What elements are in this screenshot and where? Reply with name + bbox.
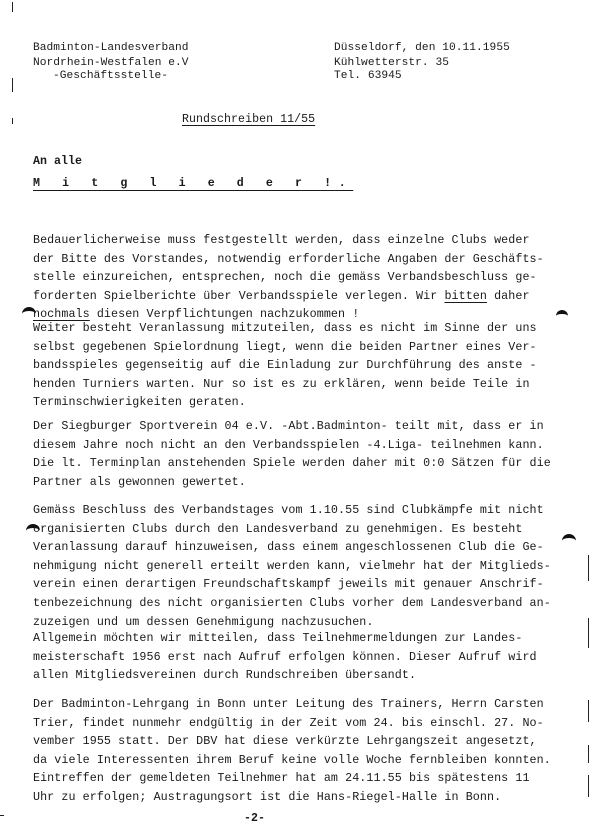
body-text-line: Uhr zu erfolgen; Austragungsort ist die … bbox=[33, 790, 501, 804]
margin-mark bbox=[588, 700, 589, 722]
body-text-line: Weiter besteht Veranlassung mitzuteilen,… bbox=[33, 321, 537, 335]
body-text-line: zuzeigen und um dessen Genehmigung nachz… bbox=[33, 615, 374, 629]
margin-mark bbox=[0, 815, 4, 816]
body-text-line: der Bitte des Vorstandes, notwendig erfo… bbox=[33, 252, 544, 266]
typewritten-letter-page: Badminton-Landesverband Nordrhein-Westfa… bbox=[0, 0, 593, 840]
sender-region: Nordrhein-Westfalen e.V bbox=[33, 57, 189, 70]
street-address: Kühlwetterstr. 35 bbox=[334, 57, 449, 70]
page-number: -2- bbox=[244, 812, 265, 825]
sender-office: -Geschäftsstelle- bbox=[53, 70, 168, 83]
salutation-line-1: An alle bbox=[33, 155, 82, 168]
punch-hole-mark bbox=[26, 524, 40, 536]
body-text-line: allen Mitgliedsvereinen durch Rundschrei… bbox=[33, 668, 416, 682]
sender-name: Badminton-Landesverband bbox=[33, 42, 189, 55]
body-text-line: Partner als gewonnen gewertet. bbox=[33, 475, 246, 489]
body-text-line: Eintreffen der gemeldeten Teilnehmer hat… bbox=[33, 771, 530, 785]
body-text-line: vember 1955 statt. Der DBV hat diese ver… bbox=[33, 734, 537, 748]
body-text-line: da viele Interessenten ihrem Beruf keine… bbox=[33, 753, 551, 767]
margin-mark bbox=[12, 78, 13, 92]
margin-mark bbox=[12, 118, 13, 124]
body-text-line: Terminschwierigkeiten geraten. bbox=[33, 395, 246, 409]
punch-hole-mark bbox=[22, 307, 36, 319]
margin-mark bbox=[12, 2, 13, 12]
body-text-line: Allgemein möchten wir mitteilen, dass Te… bbox=[33, 631, 522, 645]
body-text-line: Gemäss Beschluss des Verbandstages vom 1… bbox=[33, 503, 544, 517]
punch-hole-mark bbox=[562, 534, 576, 546]
body-text-line: verein einen derartigen Freundschaftskam… bbox=[33, 577, 544, 591]
body-text-line: diesem Jahre noch nicht an den Verbandss… bbox=[33, 438, 544, 452]
body-text-line: Der Siegburger Sportverein 04 e.V. -Abt.… bbox=[33, 419, 544, 433]
margin-mark bbox=[588, 618, 589, 648]
body-text-line: forderten Spielberichte über Verbandsspi… bbox=[33, 289, 530, 303]
body-text-line: nehmigung nicht generell erteilt werden … bbox=[33, 559, 551, 573]
body-text-line: selbst gegebenen Spielordnung liegt, wen… bbox=[33, 340, 537, 354]
body-text-line: stelle einzureichen, entsprechen, noch d… bbox=[33, 270, 537, 284]
body-text-line: tenbezeichnung des nicht organisierten C… bbox=[33, 596, 551, 610]
margin-mark bbox=[588, 745, 589, 763]
body-text-line: Die lt. Terminplan anstehenden Spiele we… bbox=[33, 456, 551, 470]
body-text-line: nochmals diesen Verpflichtungen nachzuko… bbox=[33, 307, 359, 321]
emphasis-underline: nochmals bbox=[33, 307, 90, 321]
body-text-line: Trier, findet nunmehr endgültig in der Z… bbox=[33, 716, 544, 730]
punch-hole-mark bbox=[556, 310, 568, 322]
body-text-line: Der Badminton-Lehrgang in Bonn unter Lei… bbox=[33, 697, 544, 711]
margin-mark bbox=[588, 555, 589, 581]
body-text-line: Bedauerlicherweise muss festgestellt wer… bbox=[33, 233, 530, 247]
body-text-line: bandsspieles gegenseitig auf die Einladu… bbox=[33, 358, 537, 372]
salutation-line-2: M i t g l i e d e r !. bbox=[33, 177, 353, 190]
body-text-line: organisierten Clubs durch den Landesverb… bbox=[33, 522, 522, 536]
document-title: Rundschreiben 11/55 bbox=[182, 113, 315, 126]
emphasis-underline: bitten bbox=[444, 289, 487, 303]
body-text-line: meisterschaft 1956 erst nach Aufruf erfo… bbox=[33, 650, 537, 664]
phone-number: Tel. 63945 bbox=[334, 70, 402, 83]
body-text-line: Veranlassung darauf hinzuweisen, dass ei… bbox=[33, 540, 544, 554]
body-text-line: henden Turniers warten. Nur so ist es zu… bbox=[33, 377, 530, 391]
margin-mark bbox=[588, 775, 589, 797]
place-date: Düsseldorf, den 10.11.1955 bbox=[334, 42, 510, 55]
